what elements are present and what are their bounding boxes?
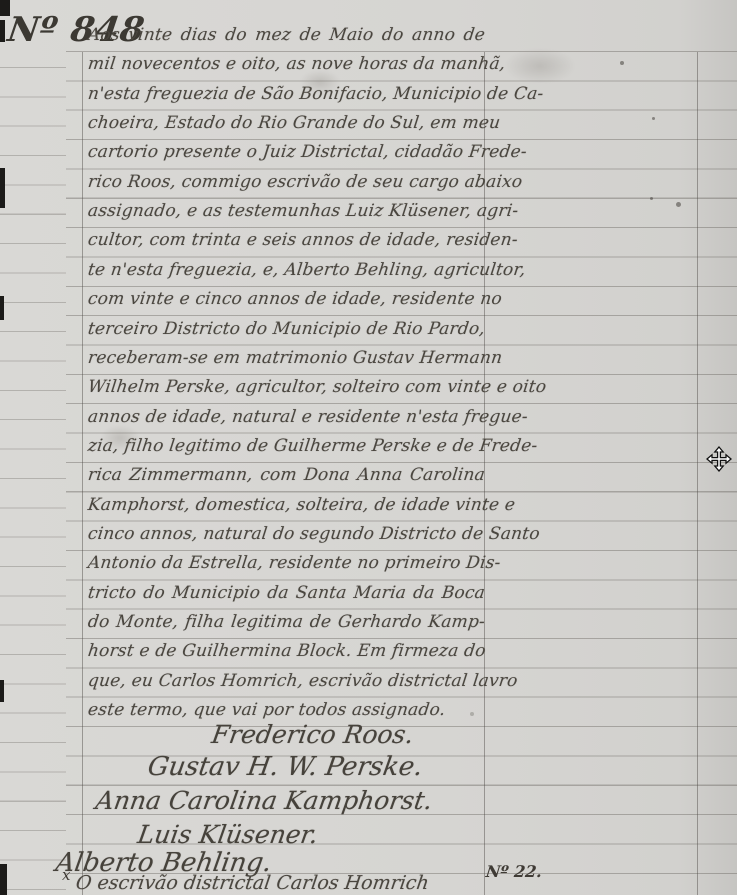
document-line: mil novecentos e oito, as nove horas da … [86,49,487,79]
document-line: rico Roos, commigo escrivão de seu cargo… [86,167,487,197]
margin-ruling [0,67,66,895]
document-line: zia, filho legitimo de Guilherme Perske … [86,431,487,461]
document-line: te n'esta freguezia, e, Alberto Behling,… [86,255,487,285]
margin-mark: x [62,866,70,884]
document-line: com vinte e cinco annos de idade, reside… [86,284,487,314]
document-line: receberam-se em matrimonio Gustav Herman… [86,343,487,373]
document-line: Antonio da Estrella, residente no primei… [86,548,487,578]
scan-artifact [0,296,4,320]
margin-vertical-rule [82,52,83,895]
scan-artifact [0,0,10,16]
paper-speck [470,712,474,716]
move-cursor-icon [706,446,732,472]
document-line: que, eu Carlos Homrich, escrivão distric… [86,666,487,696]
document-line: cultor, com trinta e seis annos de idade… [86,225,487,255]
document-line: tricto do Municipio da Santa Maria da Bo… [86,578,487,608]
column-vertical-rule-outer [697,52,698,895]
document-line: cinco annos, natural do segundo District… [86,519,487,549]
document-line: horst e de Guilhermina Block. Em firmeza… [86,636,487,666]
scan-artifact [0,680,4,702]
signature: Frederico Roos. [210,720,416,749]
side-note: Nº 22. [485,862,543,881]
document-line: Kamphorst, domestica, solteira, de idade… [86,490,487,520]
document-line: n'esta freguezia de São Bonifacio, Munic… [86,79,487,109]
signature: Gustav H. W. Perske. [146,752,425,782]
signature: Luis Klüsener. [136,820,321,849]
scan-artifact [0,20,5,42]
document-line: do Monte, filha legitima de Gerhardo Kam… [86,607,487,637]
paper-speck [620,61,624,65]
document-line: annos de idade, natural e residente n'es… [86,402,487,432]
paper-stain [300,70,340,94]
document-line: cartorio presente o Juiz Districtal, cid… [86,137,487,167]
closing-line: O escrivão districtal Carlos Homrich [74,872,430,894]
scan-artifact [0,864,7,895]
ink-bleed-smudge [505,48,575,84]
document-line: Wilhelm Perske, agricultor, solteiro com… [86,372,487,402]
document-line: rica Zimmermann, com Dona Anna Carolina [86,460,487,490]
paper-stain [100,425,140,451]
document-line: choeira, Estado do Rio Grande do Sul, em… [86,108,487,138]
document-line: terceiro Districto do Municipio de Rio P… [86,314,487,344]
document-line: Aos vinte dias do mez de Maio do anno de [86,20,487,50]
paper-speck [676,202,681,207]
document-line: assignado, e as testemunhas Luiz Klüsene… [86,196,487,226]
paper-speck [650,197,653,200]
paper-speck [652,117,655,120]
scanned-register-page: Nº 848 Aos vinte dias do mez de Maio do … [0,0,737,895]
scan-artifact [0,168,5,208]
signature: Anna Carolina Kamphorst. [94,786,435,815]
